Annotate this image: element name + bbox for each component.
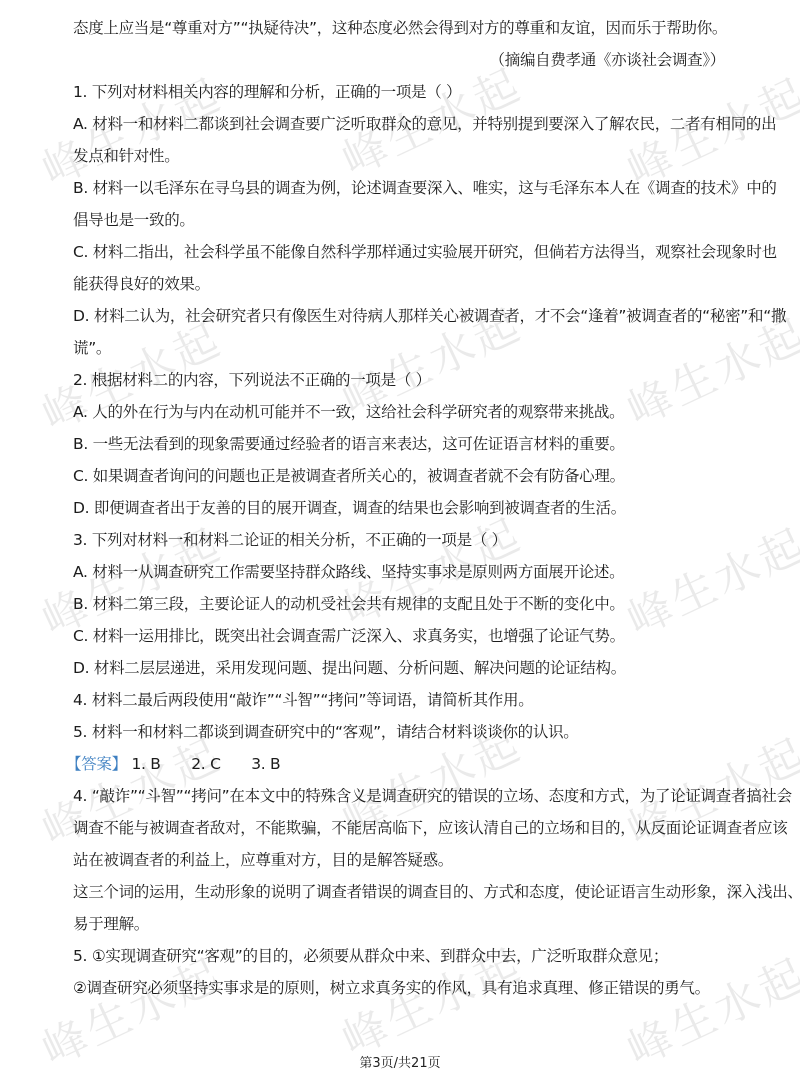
- document-page: 峰生水起 峰生水起 峰生水起 峰生水起 峰生水起 峰生水起 峰生水起 峰生水起 …: [0, 0, 800, 1082]
- question-2-stem: 2. 根据材料二的内容，下列说法不正确的一项是（ ）: [73, 370, 431, 390]
- passage-source: （摘编自费孝通《亦谈社会调查》）: [490, 50, 725, 70]
- question-1-option-b: B. 材料一以毛泽东在寻乌县的调查为例，论述调查要深入、唯实，这与毛泽东本人在《…: [73, 178, 777, 198]
- question-1-option-d-cont: 谎”。: [73, 338, 111, 358]
- question-3-option-d: D. 材料二层层递进，采用发现问题、提出问题、分析问题、解决问题的论证结构。: [73, 658, 626, 678]
- question-2-option-c: C. 如果调查者询问的问题也正是被调查者所关心的，被调查者就不会有防备心理。: [73, 466, 625, 486]
- answer-item-1: 1. B: [131, 754, 160, 774]
- answer-item-3: 3. B: [251, 754, 280, 774]
- question-5-stem: 5. 材料一和材料二都谈到调查研究中的“客观”，请结合材料谈谈你的认识。: [73, 722, 578, 742]
- question-2-option-a: A. 人的外在行为与内在动机可能并不一致，这给社会科学研究者的观察带来挑战。: [73, 402, 624, 422]
- question-1-option-c: C. 材料二指出，社会科学虽不能像自然科学那样通过实验展开研究，但倘若方法得当，…: [73, 242, 777, 262]
- explanation-line: 站在被调查者的利益上，应尊重对方，目的是解答疑惑。: [73, 850, 453, 870]
- explanation-line: 5. ①实现调查研究“客观”的目的，必须要从群众中来、到群众中去，广泛听取群众意…: [73, 946, 668, 966]
- question-2-option-d: D. 即便调查者出于友善的目的展开调查，调查的结果也会影响到被调查者的生活。: [73, 498, 626, 518]
- question-1-option-b-cont: 倡导也是一致的。: [73, 210, 195, 230]
- passage-line: 态度上应当是“尊重对方”“执疑待决”，这种态度必然会得到对方的尊重和友谊，因而乐…: [73, 18, 727, 38]
- answer-label: 【答案】: [66, 755, 127, 773]
- explanation-line: 4. “敲诈”“斗智”“拷问”在本文中的特殊含义是调查研究的错误的立场、态度和方…: [73, 786, 792, 806]
- page-number: 第3页/共21页: [0, 1052, 800, 1071]
- question-4-stem: 4. 材料二最后两段使用“敲诈”“斗智”“拷问”等词语，请简析其作用。: [73, 690, 533, 710]
- question-1-stem: 1. 下列对材料相关内容的理解和分析，正确的一项是（ ）: [73, 82, 461, 102]
- question-3-stem: 3. 下列对材料一和材料二论证的相关分析，不正确的一项是（ ）: [73, 530, 507, 550]
- watermark: 峰生水起: [615, 509, 800, 648]
- explanation-line: 易于理解。: [73, 914, 149, 934]
- question-1-option-d: D. 材料二认为，社会研究者只有像医生对待病人那样关心被调查者，才不会“逢着”被…: [73, 306, 786, 326]
- question-1-option-c-cont: 能获得良好的效果。: [73, 274, 210, 294]
- answer-item-2: 2. C: [191, 754, 220, 774]
- explanation-line: 调查不能与被调查者敌对，不能欺骗，不能居高临下，应该认清自己的立场和目的，从反面…: [73, 818, 787, 838]
- question-3-option-a: A. 材料一从调查研究工作需要坚持群众路线、坚持实事求是原则两方面展开论述。: [73, 562, 624, 582]
- question-1-option-a-cont: 发点和针对性。: [73, 146, 179, 166]
- question-3-option-b: B. 材料二第三段，主要论证人的动机受社会共有规律的支配且处于不断的变化中。: [73, 594, 625, 614]
- explanation-line: ②调查研究必须坚持实事求是的原则，树立求真务实的作风，具有追求真理、修正错误的勇…: [73, 978, 710, 998]
- question-3-option-c: C. 材料一运用排比，既突出社会调查需广泛深入、求真务实，也增强了论证气势。: [73, 626, 625, 646]
- explanation-line: 这三个词的运用，生动形象的说明了调查者错误的调查目的、方式和态度，使论证语言生动…: [73, 882, 800, 902]
- question-1-option-a: A. 材料一和材料二都谈到社会调查要广泛听取群众的意见，并特别提到要深入了解农民…: [73, 114, 776, 134]
- answer-row: 【答案】 1. B 2. C 3. B: [66, 754, 306, 774]
- question-2-option-b: B. 一些无法看到的现象需要通过经验者的语言来表达，这可佐证语言材料的重要。: [73, 434, 625, 454]
